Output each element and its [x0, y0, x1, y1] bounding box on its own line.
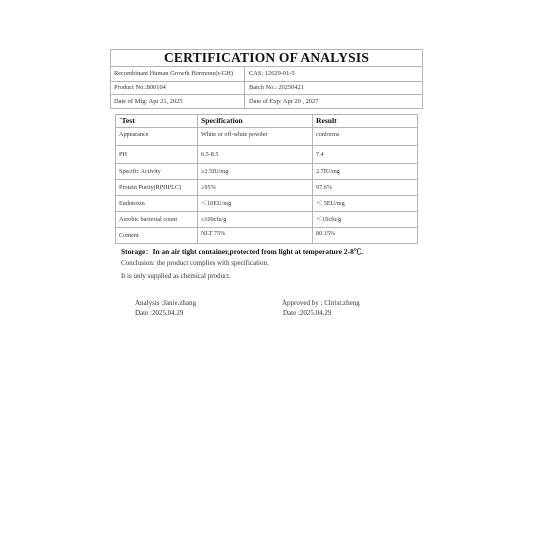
test-result: 7.4 — [313, 146, 417, 163]
test-result: ＜10cfu/g — [313, 212, 417, 227]
test-name: Specific Activity — [116, 164, 198, 179]
test-result: 80.15% — [313, 228, 417, 243]
table-row: Content NLT 75% 80.15% — [116, 228, 417, 243]
test-name: Appearance — [116, 128, 198, 145]
approver-name: Approved by : Christ.zheng — [282, 299, 360, 307]
cas-number: CAS: 12629-01-5 — [245, 67, 422, 81]
header-row-product-no: Product No.:800104 Batch No.: 20250421 — [111, 82, 422, 95]
conclusion-text: Conclusion: the product complies with sp… — [121, 259, 269, 267]
test-spec: ≤100cfu/g — [198, 212, 313, 227]
product-number: Product No.:800104 — [111, 82, 245, 94]
document-title: CERTIFICATION OF ANALYSIS — [111, 50, 422, 67]
batch-number: Batch No.: 20250421 — [245, 82, 422, 94]
test-name: Protein Purity(RPHPLC) — [116, 180, 198, 195]
test-name: Content — [116, 228, 198, 243]
test-results-table: `Test Specification Result Appearance Wh… — [115, 114, 418, 244]
test-spec: 6.5-8.5 — [198, 146, 313, 163]
table-header-row: `Test Specification Result — [116, 115, 417, 128]
column-header-test: `Test — [116, 115, 198, 127]
analysis-date: Date :2025.04.29 — [135, 309, 183, 317]
header-table: CERTIFICATION OF ANALYSIS Recombinant Hu… — [110, 49, 423, 109]
header-row-dates: Date of Mfg: Apr 21, 2025 Date of Exp: A… — [111, 95, 422, 108]
expiry-date: Date of Exp: Apr 20 , 2027 — [245, 95, 422, 108]
supply-note: It is only supplied as chemical product. — [121, 272, 231, 280]
test-spec: White or off-white powder — [198, 128, 313, 145]
approval-date: Date :2025.04.29 — [283, 309, 331, 317]
test-spec: ≥95% — [198, 180, 313, 195]
analyst-name: Analysis :Janie.zhang — [135, 299, 196, 307]
test-name: Aerobic bacterial count — [116, 212, 198, 227]
table-row: Appearance White or off-white powder con… — [116, 128, 417, 146]
test-result: conforms — [313, 128, 417, 145]
header-row-product-name: Recombinant Human Growth Hormone(r-GH) C… — [111, 67, 422, 82]
product-name: Recombinant Human Growth Hormone(r-GH) — [111, 67, 245, 81]
storage-statement: Storage：In an air tight container,protec… — [121, 246, 363, 257]
column-header-result: Result — [313, 115, 417, 127]
test-name: Endotoxin — [116, 196, 198, 211]
test-result: ＜ 5EU/mg — [313, 196, 417, 211]
column-header-specification: Specification — [198, 115, 313, 127]
table-row: Endotoxin ＜10EU/mg ＜ 5EU/mg — [116, 196, 417, 212]
manufacture-date: Date of Mfg: Apr 21, 2025 — [111, 95, 245, 108]
test-spec: NLT 75% — [198, 228, 313, 243]
test-result: 2.7IU/mg — [313, 164, 417, 179]
table-row: Specific Activity ≥2.5IU/mg 2.7IU/mg — [116, 164, 417, 180]
test-spec: ＜10EU/mg — [198, 196, 313, 211]
table-row: PH 6.5-8.5 7.4 — [116, 146, 417, 164]
table-row: Aerobic bacterial count ≤100cfu/g ＜10cfu… — [116, 212, 417, 228]
table-row: Protein Purity(RPHPLC) ≥95% 97.6% — [116, 180, 417, 196]
test-name: PH — [116, 146, 198, 163]
test-result: 97.6% — [313, 180, 417, 195]
test-spec: ≥2.5IU/mg — [198, 164, 313, 179]
